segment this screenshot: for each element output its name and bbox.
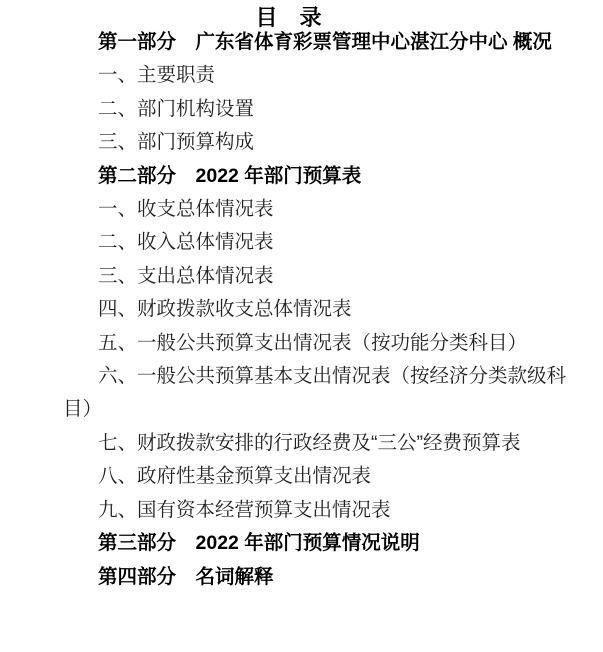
toc-item-budget-comp: 三、部门预算构成 (63, 126, 571, 159)
document-page: { "document": { "title": "目 录", "colors"… (0, 0, 603, 652)
toc-item-public-budget-basic-expense: 六、一般公共预算基本支出情况表（按经济分类款级科 (63, 360, 571, 393)
toc-item-expense-overview: 三、支出总体情况表 (63, 260, 571, 293)
toc-item-income-expense-overview: 一、收支总体情况表 (63, 193, 571, 226)
toc-item-duties: 一、主要职责 (63, 59, 571, 92)
toc-item-public-budget-basic-expense-wrap: 目） (63, 393, 571, 426)
toc-section-part1: 第一部分 广东省体育彩票管理中心湛江分中心 概况 (63, 26, 571, 59)
toc-item-fiscal-appropriation: 四、财政拨款收支总体情况表 (63, 293, 571, 326)
toc-section-part3: 第三部分 2022 年部门预算情况说明 (63, 527, 571, 560)
toc-item-three-public-funds: 七、财政拨款安排的行政经费及“三公”经费预算表 (63, 427, 571, 460)
toc-item-income-overview: 二、收入总体情况表 (63, 226, 571, 259)
toc-item-org-setup: 二、部门机构设置 (63, 93, 571, 126)
toc-list: 第一部分 广东省体育彩票管理中心湛江分中心 概况 一、主要职责 二、部门机构设置… (63, 26, 571, 594)
toc-item-gov-fund-budget: 八、政府性基金预算支出情况表 (63, 460, 571, 493)
toc-section-part2: 第二部分 2022 年部门预算表 (63, 160, 571, 193)
toc-item-state-capital-budget: 九、国有资本经营预算支出情况表 (63, 494, 571, 527)
toc-section-part4: 第四部分 名词解释 (63, 561, 571, 594)
toc-item-public-budget-expense: 五、一般公共预算支出情况表（按功能分类科目） (63, 327, 571, 360)
